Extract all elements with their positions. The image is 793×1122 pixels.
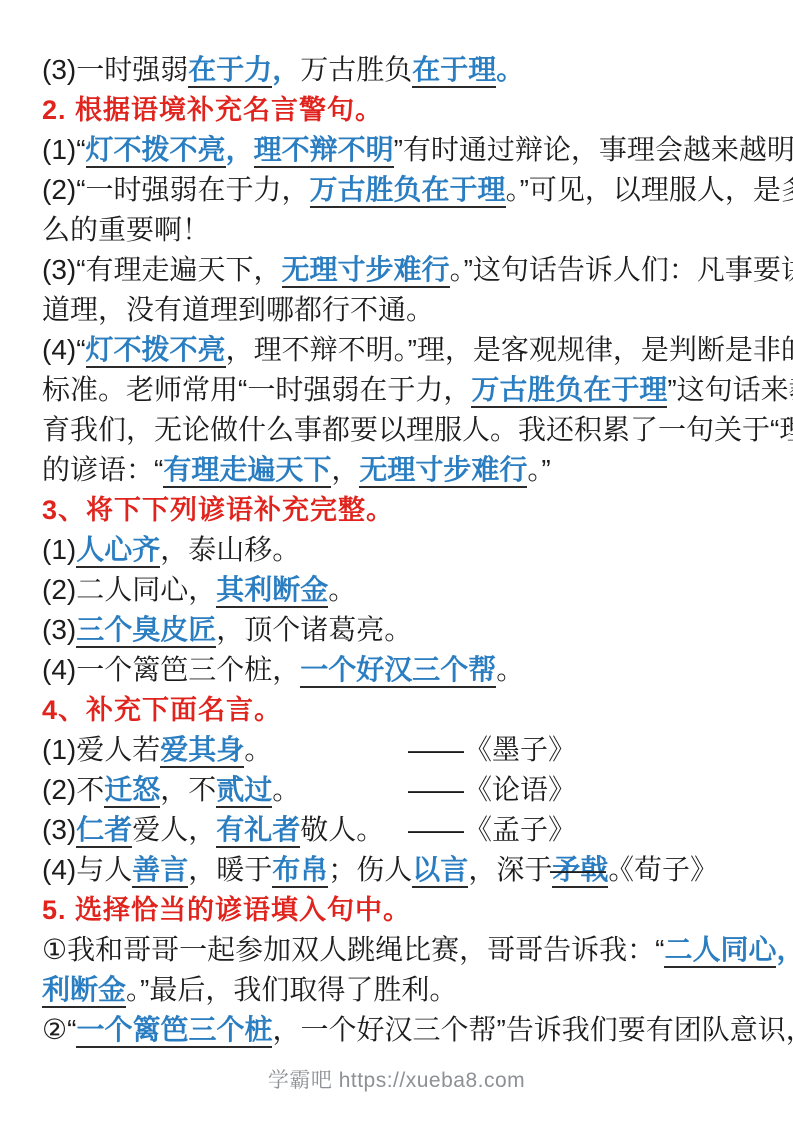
text-segment: 育我们，无论做什么事都要以理服人。我还积累了一句关于“理”	[42, 414, 793, 445]
text-segment: 敬人。	[300, 814, 384, 845]
answer-blank-filled: 爱其身	[160, 734, 244, 768]
text-segment: 爱人，	[132, 814, 216, 845]
line-q2-item2a: (2)“一时强弱在于力，万古胜负在于理。”可见，以理服人，是多	[42, 170, 773, 210]
text-segment: (2)不	[42, 774, 104, 805]
line-q3-item1: (1)人心齐，泰山移。	[42, 530, 773, 570]
answer-blank-filled: 仁者	[76, 814, 132, 848]
line-q2-item4d: 的谚语：“有理走遍天下，无理寸步难行。”	[42, 450, 773, 490]
text-segment: ；伤人	[328, 854, 412, 885]
answer-blank-filled: 无理寸步难行	[359, 454, 527, 488]
answer-blank-filled: 一个篱笆三个桩	[76, 1014, 272, 1048]
text-segment: (4)“	[42, 334, 86, 365]
text-segment: 万古胜负	[300, 54, 412, 85]
text-segment: ，	[331, 454, 359, 485]
source-attribution: ——《荀子》	[550, 850, 718, 890]
worksheet-document: (3)一时强弱在于力，万古胜负在于理。2. 根据语境补充名言警句。(1)“灯不拨…	[0, 0, 793, 1050]
text-segment: ，	[226, 134, 254, 165]
source-attribution: ——《孟子》	[408, 810, 576, 850]
section-heading-text: 3、将下下列谚语补充完整。	[42, 495, 394, 525]
text-segment: (2)“一时强弱在于力，	[42, 174, 310, 205]
line-q3-item2: (2)二人同心，其利断金。	[42, 570, 773, 610]
text-segment: ②“	[42, 1014, 76, 1045]
line-q2-item2b: 么的重要啊！	[42, 210, 773, 250]
line-q2-item4a: (4)“灯不拨不亮，理不辩不明。”理，是客观规律，是判断是非的	[42, 330, 773, 370]
answer-blank-filled: 善言	[132, 854, 188, 888]
heading-section-4: 4、补充下面名言。	[42, 690, 773, 730]
answer-blank-filled: 一个好汉三个帮	[300, 654, 496, 688]
line-q4-item3: (3)仁者爱人，有礼者敬人。——《孟子》	[42, 810, 773, 850]
line-q4-item2: (2)不迁怒，不贰过。——《论语》	[42, 770, 773, 810]
line-q2-item3b: 道理，没有道理到哪都行不通。	[42, 290, 773, 330]
text-segment: 。	[244, 734, 272, 765]
answer-blank-filled: 灯不拨不亮	[86, 334, 226, 368]
line-q3-item3: (3)三个臭皮匠，顶个诸葛亮。	[42, 610, 773, 650]
source-attribution: ——《墨子》	[408, 730, 576, 770]
text-segment: ，不	[160, 774, 216, 805]
answer-blank-filled: 利断金	[42, 974, 126, 1008]
answer-blank-filled: 有理走遍天下	[163, 454, 331, 488]
text-segment: (1)“	[42, 134, 86, 165]
text-segment: ，顶个诸葛亮。	[216, 614, 412, 645]
line-q5-item2: ②“一个篱笆三个桩，一个好汉三个帮”告诉我们要有团队意识，	[42, 1010, 773, 1050]
section-heading-text: 2. 根据语境补充名言警句。	[42, 95, 383, 125]
text-segment: 。	[272, 774, 300, 805]
line-q5-item1b: 利断金。”最后，我们取得了胜利。	[42, 970, 773, 1010]
text-segment: 。	[496, 654, 524, 685]
answer-blank-filled: 其利断金	[216, 574, 328, 608]
line-q2-item4c: 育我们，无论做什么事都要以理服人。我还积累了一句关于“理”	[42, 410, 773, 450]
line-q3-item4: (4)一个篱笆三个桩，一个好汉三个帮。	[42, 650, 773, 690]
answer-blank-filled: 布帛	[272, 854, 328, 888]
text-segment: 。”最后，我们取得了胜利。	[126, 974, 457, 1005]
answer-blank-filled: 有礼者	[216, 814, 300, 848]
line-q5-item1a: ①我和哥哥一起参加双人跳绳比赛，哥哥告诉我：“二人同心，其	[42, 930, 773, 970]
line-q4-item1: (1)爱人若爱其身。——《墨子》	[42, 730, 773, 770]
text-segment: (4)一个篱笆三个桩，	[42, 654, 300, 685]
text-segment: ，暖于	[188, 854, 272, 885]
source-attribution: ——《论语》	[408, 770, 576, 810]
text-segment: 。”	[527, 454, 550, 485]
text-segment: (3)	[42, 614, 76, 645]
text-segment: 。”这句话告诉人们：凡事要讲	[450, 254, 793, 285]
answer-blank-filled: 无理寸步难行	[282, 254, 450, 288]
text-segment: ，一个好汉三个帮”告诉我们要有团队意识，	[272, 1014, 793, 1045]
answer-blank-filled: 灯不拨不亮	[86, 134, 226, 168]
line-q2-item3a: (3)“有理走遍天下，无理寸步难行。”这句话告诉人们：凡事要讲	[42, 250, 773, 290]
text-segment: (1)	[42, 534, 76, 565]
text-segment: ，泰山移。	[160, 534, 300, 565]
text-segment: 标准。老师常用“一时强弱在于力，	[42, 374, 471, 405]
text-segment: 么的重要啊！	[42, 214, 210, 245]
answer-blank-filled: 二人同心	[664, 934, 776, 968]
text-segment: ①我和哥哥一起参加双人跳绳比赛，哥哥告诉我：“	[42, 934, 664, 965]
answer-blank-filled: 在于理	[412, 54, 496, 88]
line-q1-item3: (3)一时强弱在于力，万古胜负在于理。	[42, 50, 773, 90]
answer-blank-filled: 万古胜负在于理	[471, 374, 667, 408]
text-segment: 。	[496, 54, 524, 85]
text-segment: (3)	[42, 814, 76, 845]
text-segment: (1)爱人若	[42, 734, 160, 765]
heading-section-5: 5. 选择恰当的谚语填入句中。	[42, 890, 773, 930]
text-segment: (2)二人同心，	[42, 574, 216, 605]
text-segment: (4)与人	[42, 854, 132, 885]
answer-blank-filled: 迁怒	[104, 774, 160, 808]
text-segment: ，	[776, 934, 793, 965]
answer-blank-filled: 万古胜负在于理	[310, 174, 506, 208]
answer-blank-filled: 人心齐	[76, 534, 160, 568]
heading-section-2: 2. 根据语境补充名言警句。	[42, 90, 773, 130]
answer-blank-filled: 贰过	[216, 774, 272, 808]
text-segment: 道理，没有道理到哪都行不通。	[42, 294, 434, 325]
line-q2-item4b: 标准。老师常用“一时强弱在于力，万古胜负在于理”这句话来教	[42, 370, 773, 410]
section-heading-text: 5. 选择恰当的谚语填入句中。	[42, 895, 411, 925]
watermark-footer: 学霸吧 https://xueba8.com	[0, 1064, 793, 1094]
heading-section-3: 3、将下下列谚语补充完整。	[42, 490, 773, 530]
line-q2-item1: (1)“灯不拨不亮，理不辩不明”有时通过辩论，事理会越来越明晰。	[42, 130, 773, 170]
watermark-text: 学霸吧 https://xueba8.com	[268, 1069, 525, 1092]
text-segment: ”这句话来教	[667, 374, 793, 405]
section-heading-text: 4、补充下面名言。	[42, 695, 282, 725]
text-segment: 。”可见，以理服人，是多	[506, 174, 793, 205]
answer-blank-filled: 理不辩不明	[254, 134, 394, 168]
text-segment: (3)“有理走遍天下，	[42, 254, 282, 285]
text-segment: 的谚语：“	[42, 454, 163, 485]
text-segment: (3)一时强弱	[42, 54, 188, 85]
text-segment: 。	[328, 574, 356, 605]
answer-blank-filled: 以言	[412, 854, 468, 888]
text-segment: ”有时通过辩论，事理会越来越明晰。	[394, 134, 793, 165]
answer-blank-filled: 三个臭皮匠	[76, 614, 216, 648]
text-segment: ，深于	[468, 854, 552, 885]
text-segment: ，理不辩不明。”理，是客观规律，是判断是非的	[226, 334, 793, 365]
text-segment: ，	[272, 54, 300, 85]
line-q4-item4: (4)与人善言，暖于布帛；伤人以言，深于矛戟。——《荀子》	[42, 850, 773, 890]
answer-blank-filled: 在于力	[188, 54, 272, 88]
